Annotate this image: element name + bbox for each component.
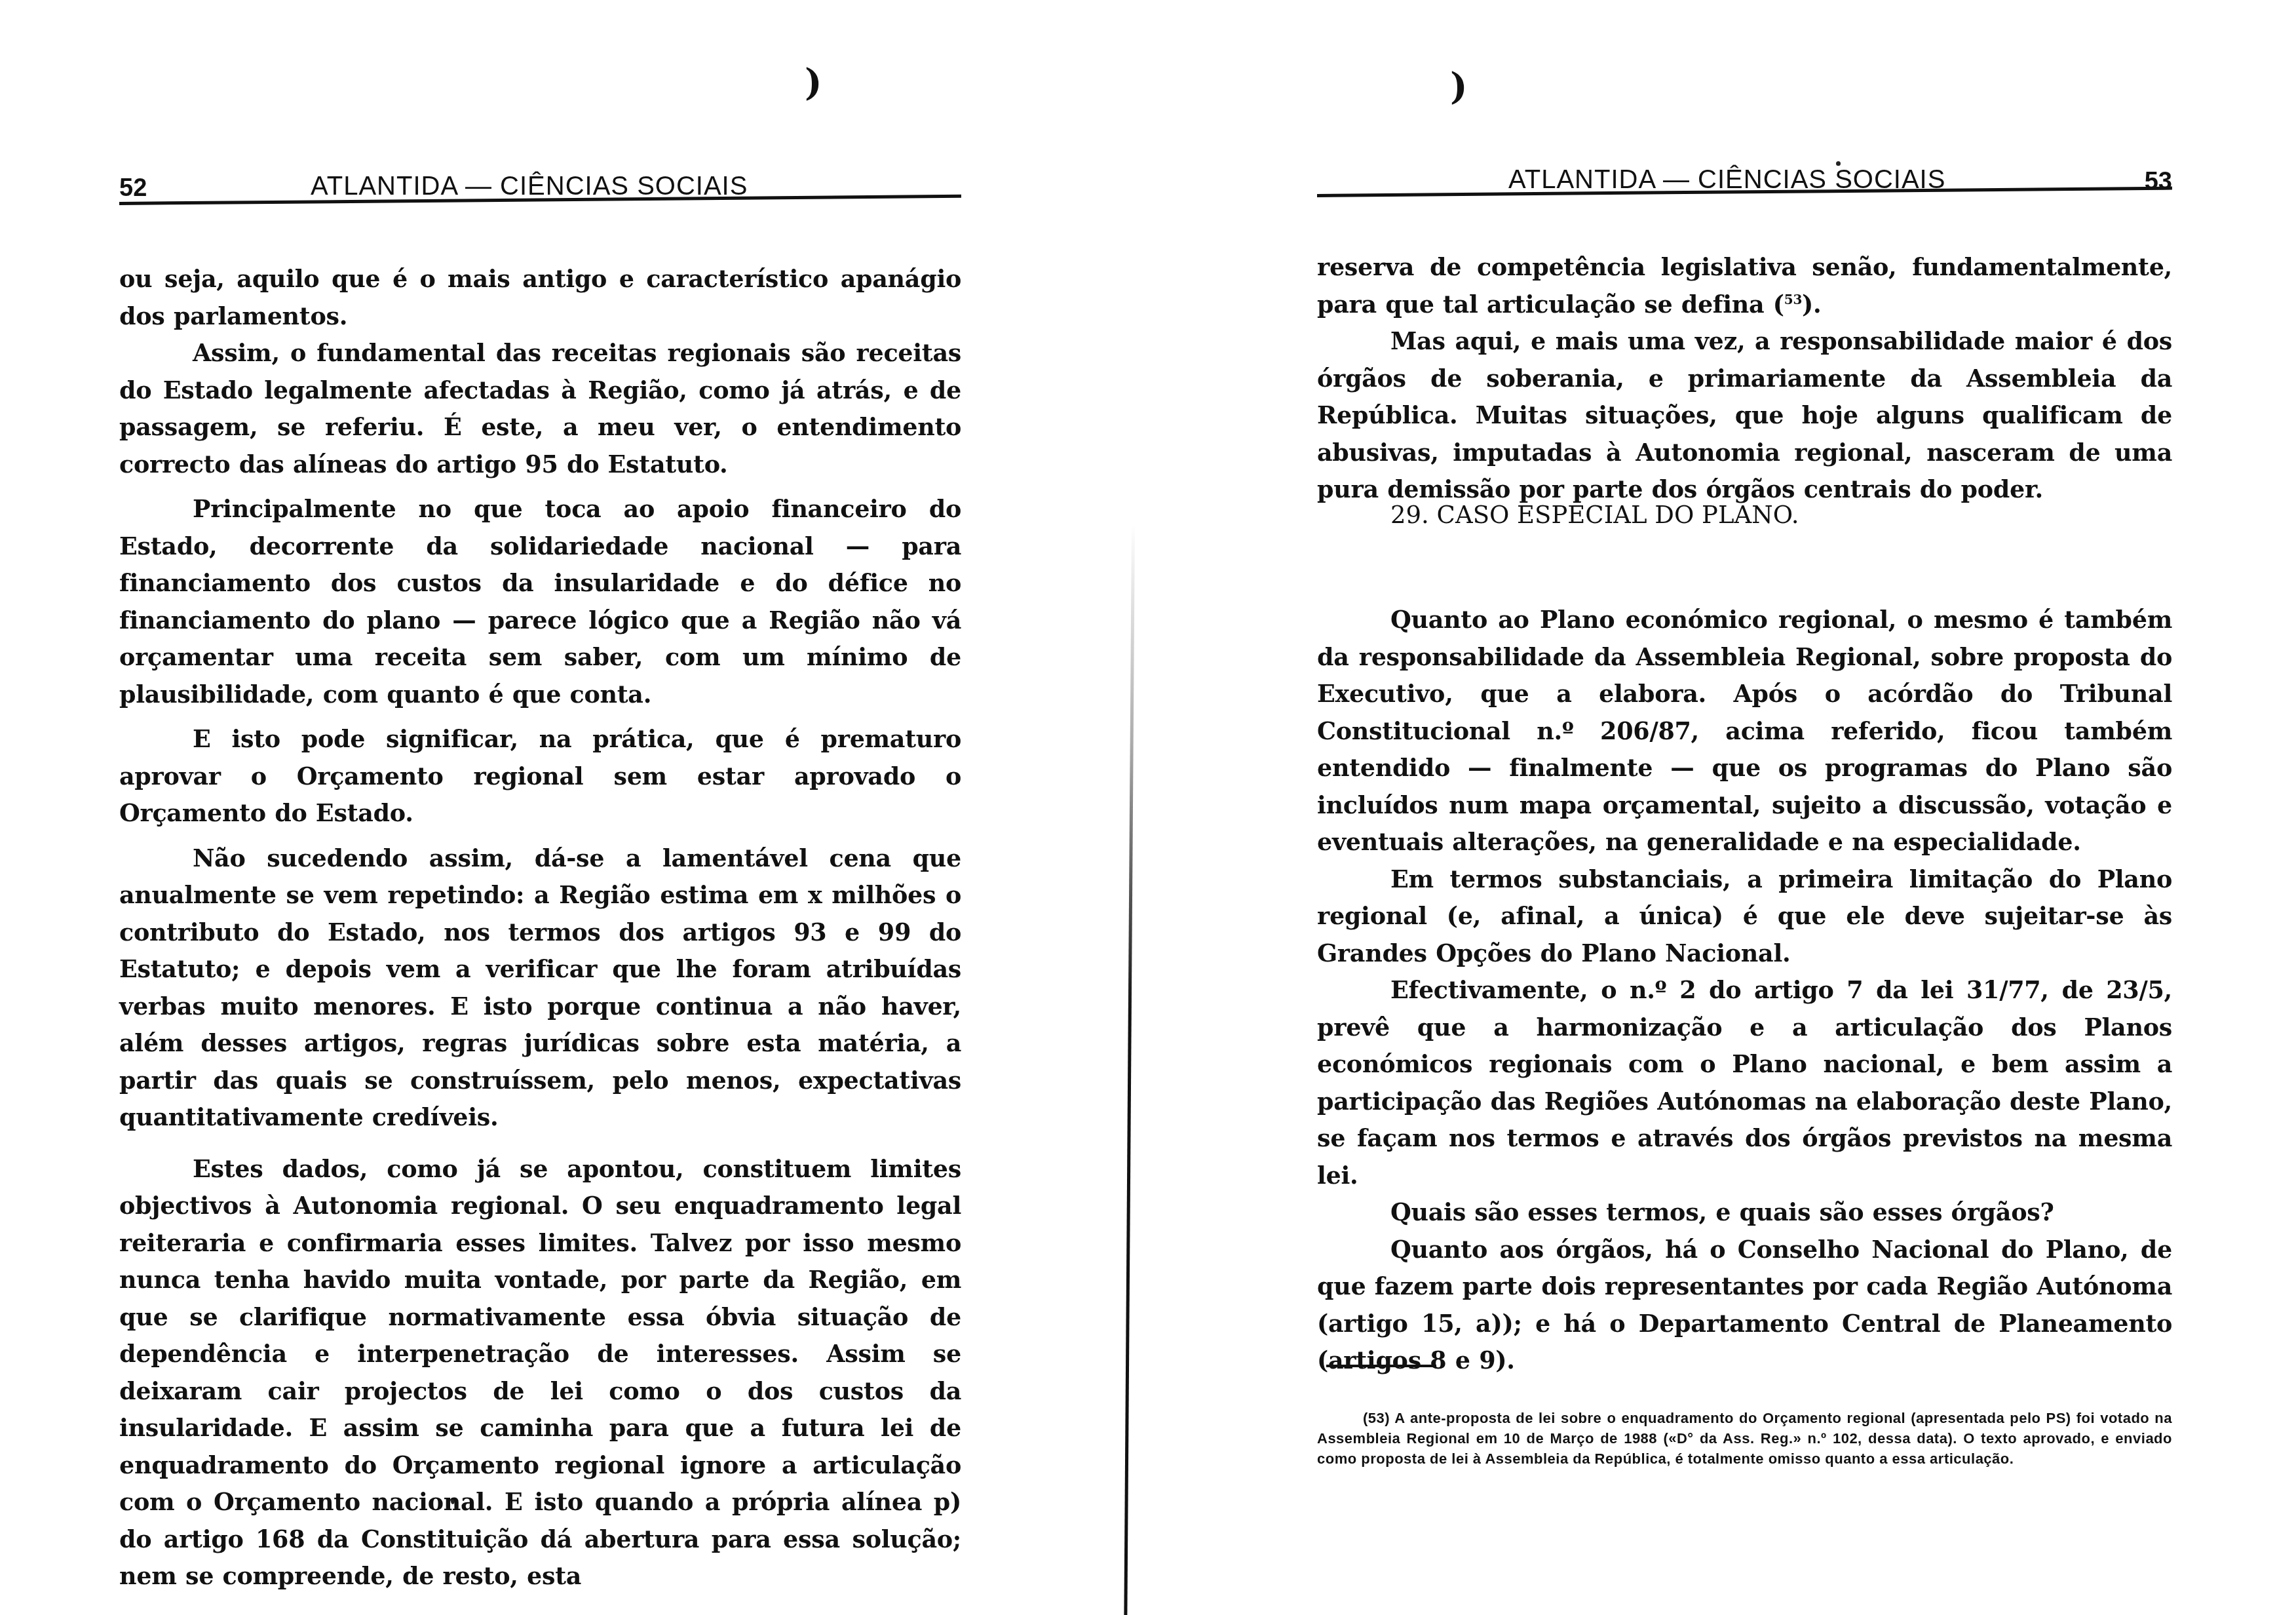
paragraph: reserva de competência legislativa senão… — [1317, 249, 2172, 323]
paragraph: Quanto aos órgãos, há o Conselho Naciona… — [1317, 1232, 2172, 1380]
paragraph: Em termos substanciais, a primeira limit… — [1317, 861, 2172, 973]
scan-bracket-mark: ) — [805, 64, 822, 101]
footnote-reference[interactable]: 53 — [1784, 291, 1802, 307]
body-text: ou seja, aquilo que é o mais antigo e ca… — [119, 261, 961, 1595]
paragraph: Quais são esses termos, e quais são esse… — [1317, 1194, 2172, 1232]
book-gutter-line — [1124, 524, 1135, 1615]
section-heading: 29. CASO ESPECIAL DO PLANO. — [1390, 501, 1799, 529]
page-number: 52 — [119, 174, 147, 203]
body-text: reserva de competência legislativa senão… — [1317, 249, 2172, 509]
paragraph: Mas aqui, e mais uma vez, a responsabili… — [1317, 323, 2172, 509]
footnote-text: (53) A ante-proposta de lei sobre o enqu… — [1317, 1408, 2172, 1469]
paragraph: Estes dados, como já se apontou, constit… — [119, 1151, 961, 1595]
paragraph: Assim, o fundamental das receitas region… — [119, 335, 961, 483]
paragraph: ou seja, aquilo que é o mais antigo e ca… — [119, 261, 961, 335]
paragraph: Efectivamente, o n.º 2 do artigo 7 da le… — [1317, 972, 2172, 1194]
footnote-rule — [1326, 1365, 1436, 1367]
body-text: Quanto ao Plano económico regional, o me… — [1317, 602, 2172, 1380]
paragraph: E isto pode significar, na prática, que … — [119, 721, 961, 832]
footnote: (53) A ante-proposta de lei sobre o enqu… — [1317, 1408, 2172, 1469]
book-spread: ) ) 52 ATLANTIDA — CIÊNCIAS SOCIAIS ou s… — [0, 0, 2296, 1615]
paragraph: Não sucedendo assim, dá-se a lamentável … — [119, 840, 961, 1137]
scan-bracket-mark: ) — [1450, 68, 1468, 105]
page-number: 53 — [2145, 168, 2172, 196]
paragraph: Quanto ao Plano económico regional, o me… — [1317, 602, 2172, 861]
paragraph: Principalmente no que toca ao apoio fina… — [119, 491, 961, 713]
